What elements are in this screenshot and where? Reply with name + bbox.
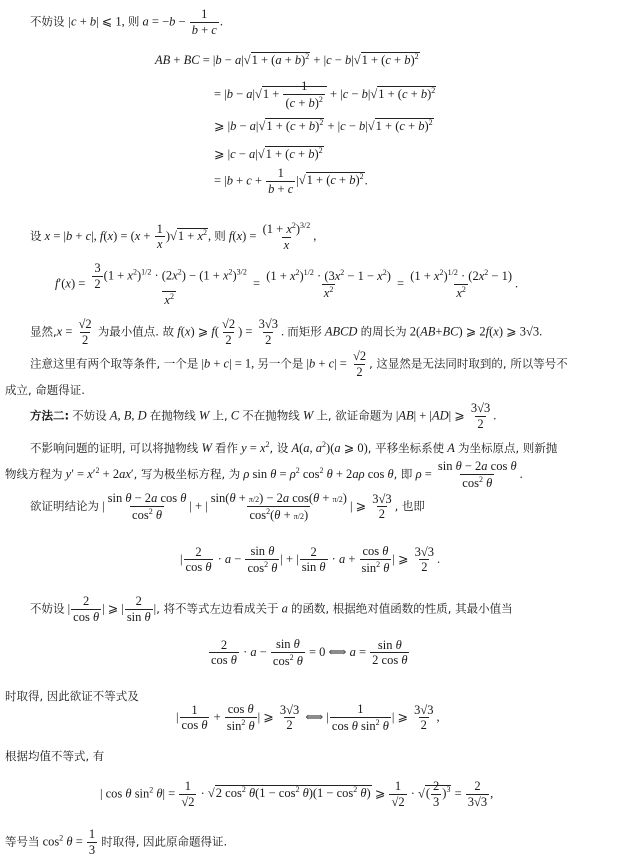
text: 则 bbox=[214, 229, 226, 243]
text: 在抛物线 bbox=[150, 408, 196, 422]
equation-ab-bc-3: ⩾ |b − a|√1 + (c + b)2 + |c − b|√1 + (c … bbox=[214, 118, 434, 134]
line-minimum: 显然,x = √22 为最小值点. 故 f(x) ⩾ f(√22) = 3√32… bbox=[30, 318, 542, 347]
line-parabola: 不影响问题的证明, 可以将抛物线 W 看作 y = x2, 设 A(a, a2)… bbox=[30, 440, 557, 456]
equation-derivative: f′(x) = 32(1 + x2)1/2 · (2x2) − (1 + x2)… bbox=[55, 262, 518, 308]
line-to-prove: 欲证明结论为 |sin θ − 2a cos θcos2 θ| + |sin(θ… bbox=[30, 492, 425, 522]
text: 而矩形 bbox=[287, 324, 322, 338]
equation-abs-sum: |2cos θ · a − sin θcos2 θ| + |2sin θ · a… bbox=[180, 545, 440, 575]
text: 注意这里有两个取等条件, 一个是 bbox=[30, 356, 198, 370]
text: 上, bbox=[212, 408, 227, 422]
text: 不妨设 bbox=[72, 408, 107, 422]
text: 不在抛物线 bbox=[242, 408, 300, 422]
text: , 这显然是无法同时取到的, 所以等号不 bbox=[369, 356, 568, 370]
line-1: 不妨设 |c + b| ⩽ 1, 则 a = −b − 1b + c. bbox=[30, 8, 223, 37]
line-note: 注意这里有两个取等条件, 一个是 |b + c| = 1, 另一个是 |b + … bbox=[30, 350, 568, 379]
text: 则 bbox=[128, 14, 140, 28]
text: 的周长为 bbox=[361, 324, 407, 338]
text: 不妨设 bbox=[30, 14, 65, 28]
text: 设 bbox=[30, 229, 42, 243]
text: 显然, bbox=[30, 324, 57, 338]
text: 等号当 bbox=[5, 834, 40, 848]
text: 另一个是 bbox=[257, 356, 303, 370]
text: 看作 bbox=[215, 441, 238, 455]
text: , 也即 bbox=[395, 499, 425, 513]
text: , 写为极坐标方程, 为 bbox=[134, 467, 241, 481]
text: 时取得, 因此原命题得证. bbox=[101, 834, 227, 848]
equation-min-condition: 2cos θ · a − sin θcos2 θ = 0 ⟺ a = sin θ… bbox=[208, 638, 410, 668]
text: 不影响问题的证明, 可以将抛物线 bbox=[30, 441, 198, 455]
equation-ab-bc-5: = |b + c + 1b + c|√1 + (c + b)2. bbox=[214, 167, 368, 196]
text: , 即 bbox=[394, 467, 413, 481]
text: , 设 bbox=[270, 441, 289, 455]
equation-ab-bc-4: ⩾ |c − a|√1 + (c + b)2 bbox=[214, 146, 324, 162]
equation-am-gm: | cos θ sin2 θ| = 1√2 · √2 cos2 θ(1 − co… bbox=[100, 780, 493, 809]
line-obtained: 时取得, 因此欲证不等式及 bbox=[5, 688, 139, 704]
text: 不妨设 bbox=[30, 601, 65, 615]
line-assume: 不妨设 |2cos θ| ⩾ |2sin θ|, 将不等式左边看成关于 a 的函… bbox=[30, 595, 513, 624]
line-set-x: 设 x = |b + c|, f(x) = (x + 1x)√1 + x2, 则… bbox=[30, 222, 316, 252]
line-am-gm: 根据均值不等式, 有 bbox=[5, 748, 104, 764]
equation-ab-bc-1: AB + BC = |b − a|√1 + (a + b)2 + |c − b|… bbox=[155, 52, 420, 68]
line-note-cont: 成立, 命题得证. bbox=[5, 382, 85, 398]
text: 物线方程为 bbox=[5, 467, 63, 481]
equation-ab-bc-2: = |b − a|√1 + 1(c + b)2 + |c − b|√1 + (c… bbox=[214, 80, 436, 110]
text: 为最小值点. 故 bbox=[98, 324, 174, 338]
line-polar: 物线方程为 y′ = x′2 + 2ax′, 写为极坐标方程, 为 ρ sin … bbox=[5, 460, 523, 490]
text: 上, 欲证命题为 bbox=[316, 408, 392, 422]
line-method-2: 方法二: 不妨设 A, B, D 在抛物线 W 上, C 不在抛物线 W 上, … bbox=[30, 402, 496, 431]
text: 的函数, 根据绝对值函数的性质, 其最小值当 bbox=[291, 601, 513, 615]
method-2-heading: 方法二: bbox=[30, 408, 69, 422]
equation-equivalent: |1cos θ + cos θsin2 θ| ⩾ 3√32 ⟺ |1cos θ … bbox=[176, 703, 440, 733]
text: 欲证明结论为 bbox=[30, 499, 99, 513]
text: , 平移坐标系使 bbox=[368, 441, 444, 455]
text: 为坐标原点, 则新抛 bbox=[458, 441, 557, 455]
text: , 将不等式左边看成关于 bbox=[156, 601, 278, 615]
line-conclusion: 等号当 cos2 θ = 13 时取得, 因此原命题得证. bbox=[5, 828, 227, 857]
